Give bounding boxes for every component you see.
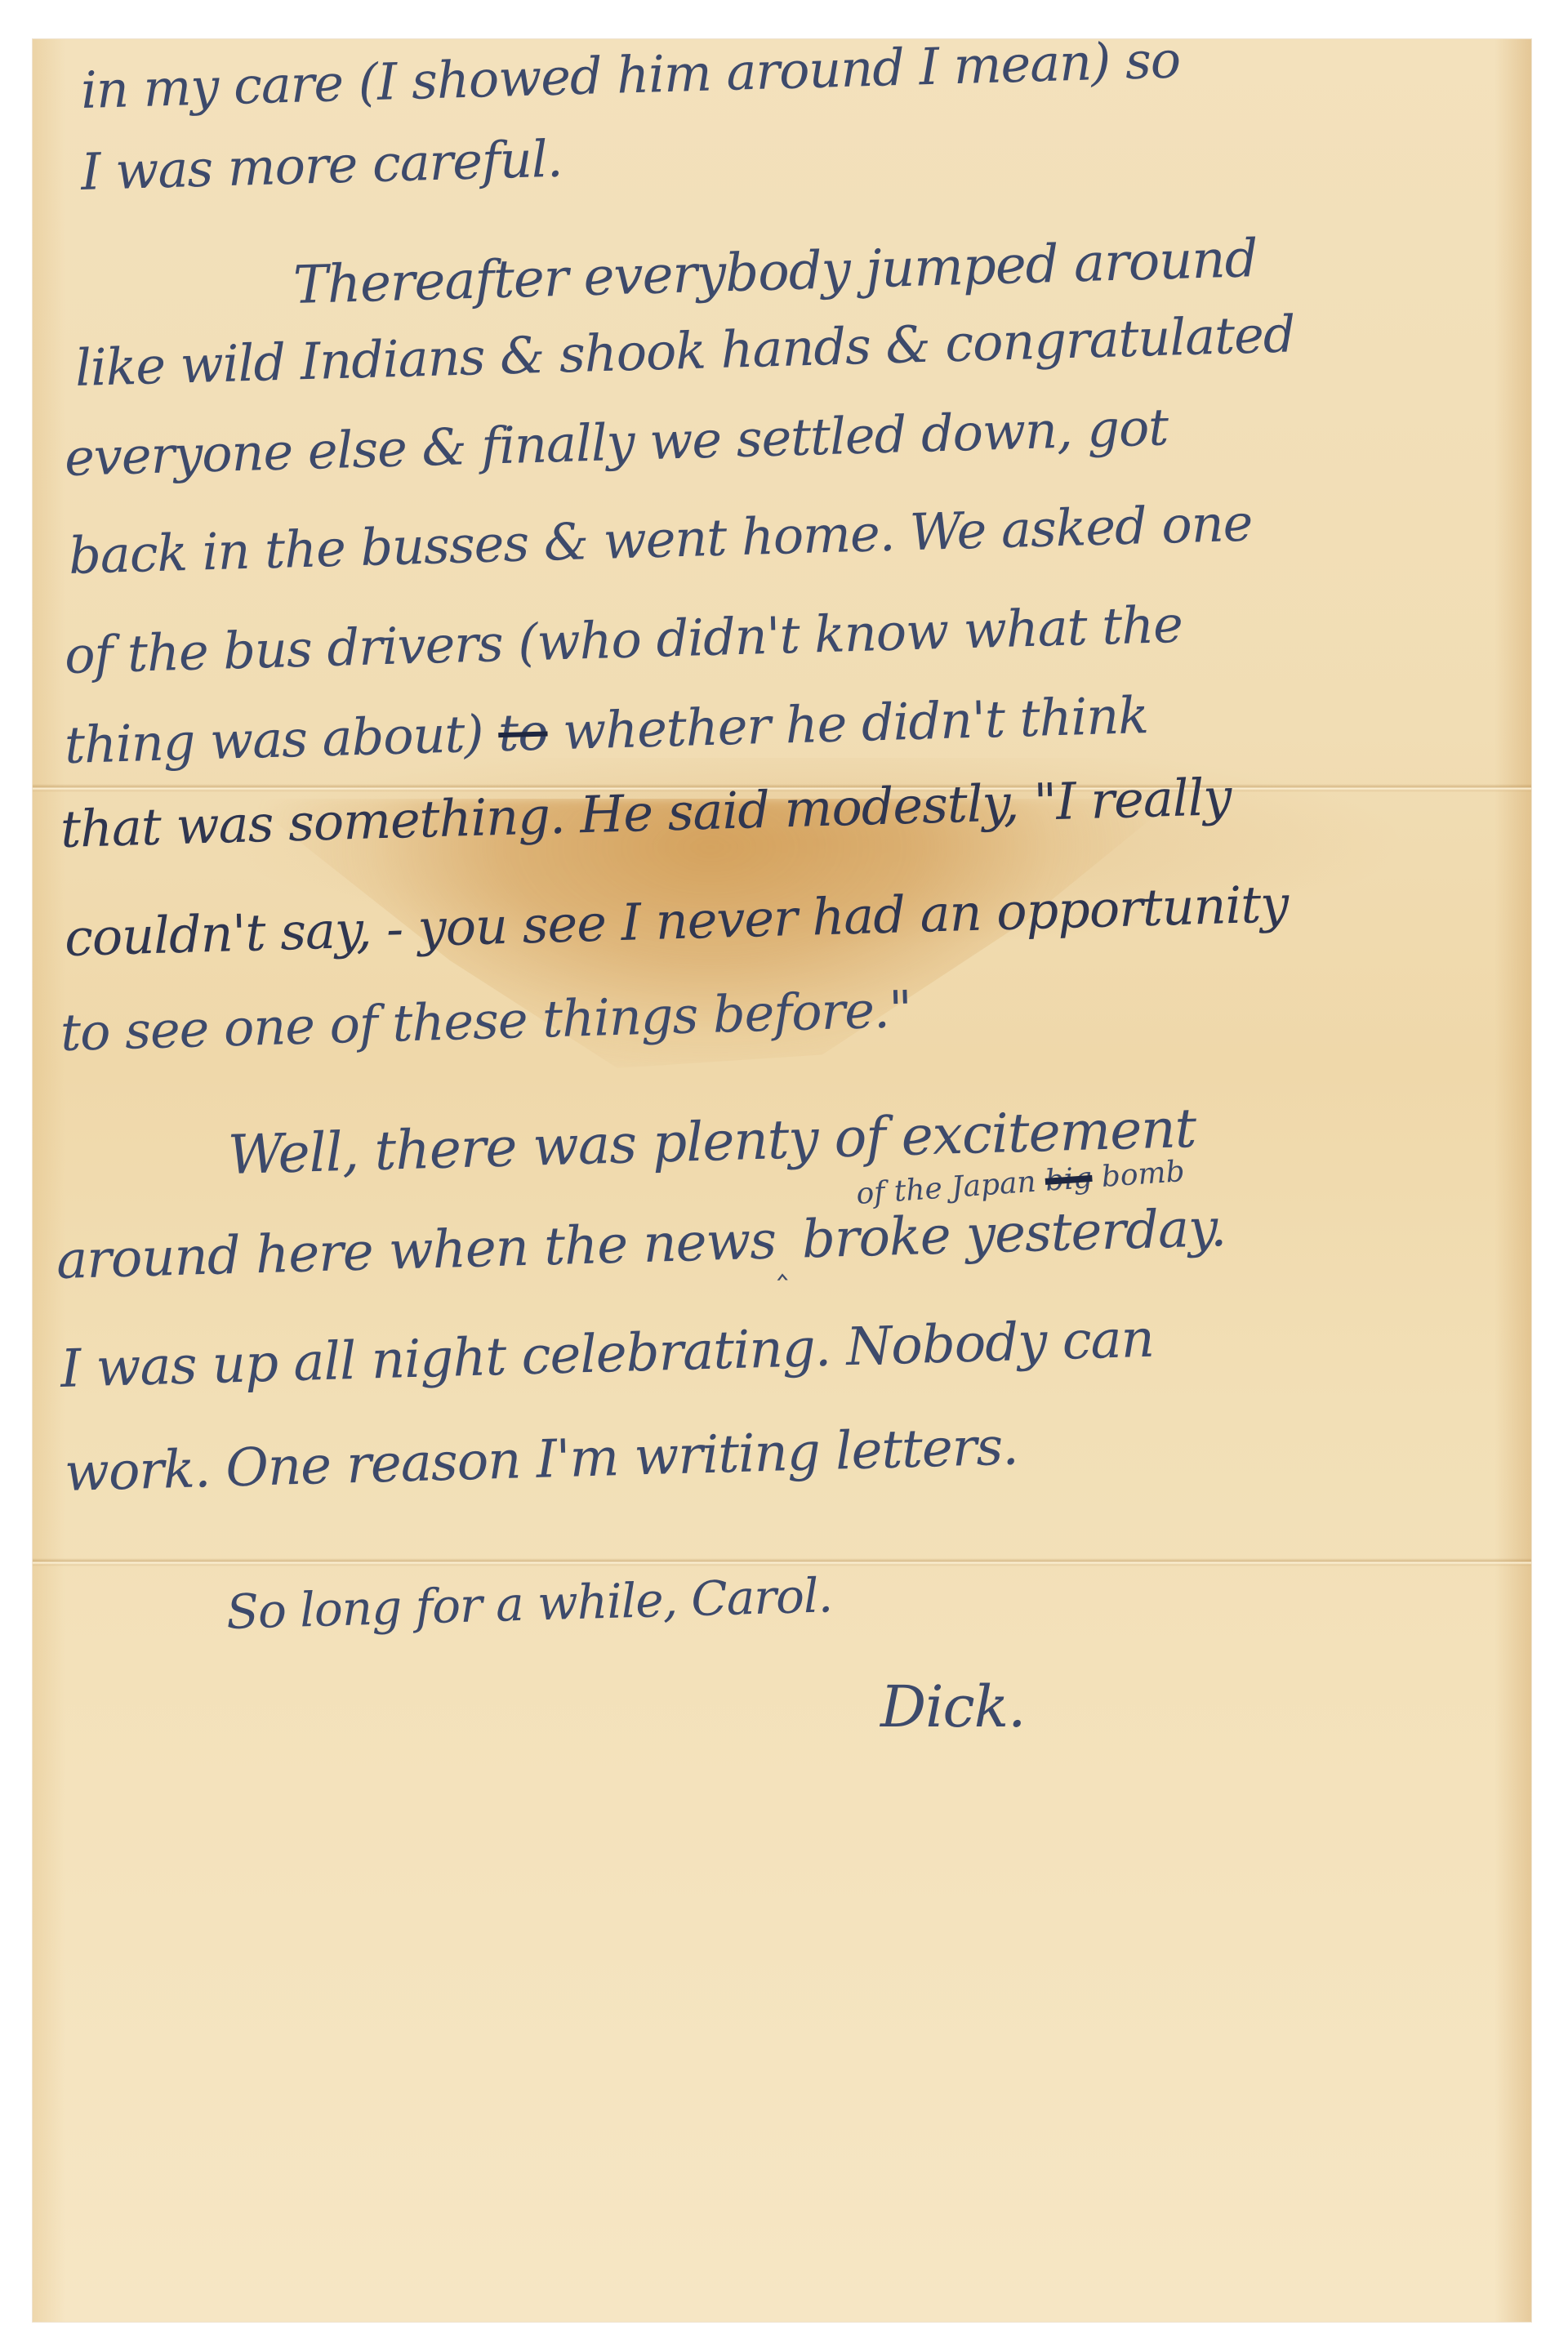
insert-struck-word: big — [1044, 1161, 1093, 1198]
line-8-part-a: thing was about) — [64, 704, 483, 775]
insert-after: bomb — [1100, 1155, 1186, 1194]
struck-word-to: to — [497, 702, 548, 764]
line-13-part-b: broke yesterday. — [801, 1198, 1227, 1270]
signature: Dick. — [880, 1678, 1025, 1735]
insertion-caret-icon: ‸ — [776, 1243, 787, 1281]
fold-crease-lower — [33, 1558, 1531, 1566]
letter-line-2: I was more careful. — [80, 134, 563, 198]
